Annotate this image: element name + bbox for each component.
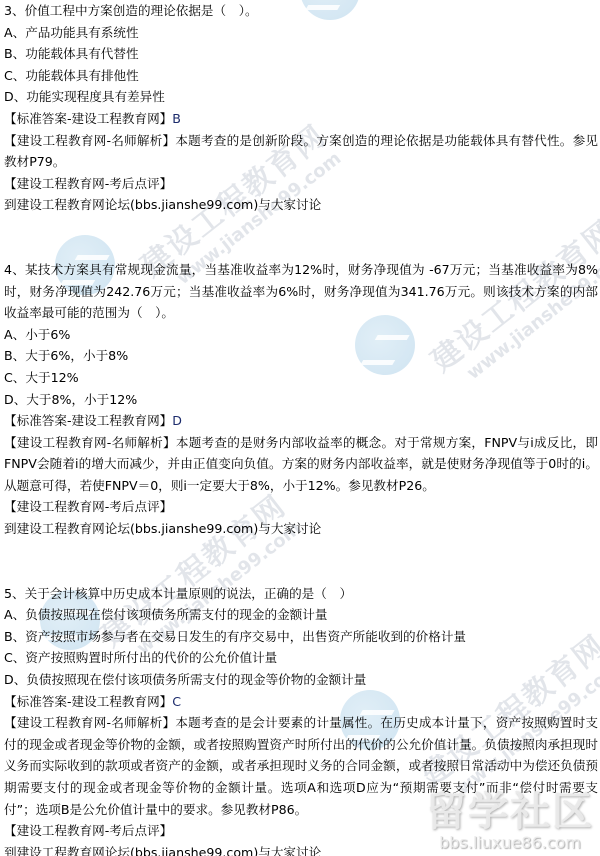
option-b: B、功能载体具有代替性 [4,43,598,65]
forum-link[interactable]: 到建设工程教育网论坛(bbs.jianshe99.com)与大家讨论 [4,518,598,540]
answer-label: 【标准答案-建设工程教育网】 [4,694,172,709]
option-b: B、大于6%，小于8% [4,345,598,367]
corner-watermark-title: 留学社区 [426,790,594,834]
question-4: 4、某技术方案具有常规现金流量，当基准收益率为12%时，财务净现值为 -67万元… [4,259,598,540]
answer-line: 【标准答案-建设工程教育网】D [4,410,598,432]
option-a: A、产品功能具有系统性 [4,22,598,44]
analysis: 【建设工程教育网-名师解析】本题考查的是财务内部收益率的概念。对于常规方案，FN… [4,432,598,497]
answer-value: D [172,413,182,428]
option-d: D、功能实现程度具有差异性 [4,86,598,108]
option-d: D、负债按照现在偿付该项债务所需支付的现金等价物的金额计量 [4,669,598,691]
question-3: 3、价值工程中方案创造的理论依据是（ ）。 A、产品功能具有系统性 B、功能载体… [4,0,598,216]
analysis-label: 【建设工程教育网-名师解析】 [4,133,175,148]
corner-watermark: 留学社区 bbs.liuxue86.com [426,790,594,852]
answer-value: B [172,111,181,126]
question-stem: 5、关于会计核算中历史成本计量原则的说法，正确的是（ ） [4,583,598,605]
review-label: 【建设工程教育网-考后点评】 [4,496,598,518]
option-a: A、小于6% [4,324,598,346]
answer-line: 【标准答案-建设工程教育网】B [4,108,598,130]
spacer [4,216,598,259]
analysis-label: 【建设工程教育网-名师解析】 [4,435,176,450]
question-stem: 3、价值工程中方案创造的理论依据是（ ）。 [4,0,598,22]
answer-line: 【标准答案-建设工程教育网】C [4,691,598,713]
option-a: A、负债按照现在偿付该项债务所需支付的现金的金额计量 [4,604,598,626]
exam-document: 3、价值工程中方案创造的理论依据是（ ）。 A、产品功能具有系统性 B、功能载体… [4,0,598,856]
answer-label: 【标准答案-建设工程教育网】 [4,413,172,428]
corner-watermark-url: bbs.liuxue86.com [426,834,594,852]
option-b: B、资产按照市场参与者在交易日发生的有序交易中，出售资产所能收到的价格计量 [4,626,598,648]
analysis: 【建设工程教育网-名师解析】本题考查的是创新阶段。方案创造的理论依据是功能载体具… [4,130,598,173]
review-label: 【建设工程教育网-考后点评】 [4,173,598,195]
answer-value: C [172,694,181,709]
spacer [4,540,598,583]
answer-label: 【标准答案-建设工程教育网】 [4,111,172,126]
option-c: C、大于12% [4,367,598,389]
option-c: C、功能载体具有排他性 [4,65,598,87]
question-stem: 4、某技术方案具有常规现金流量，当基准收益率为12%时，财务净现值为 -67万元… [4,259,598,324]
analysis-label: 【建设工程教育网-名师解析】 [4,715,175,730]
option-c: C、资产按照购置时所付出的代价的公允价值计量 [4,647,598,669]
forum-link[interactable]: 到建设工程教育网论坛(bbs.jianshe99.com)与大家讨论 [4,194,598,216]
option-d: D、大于8%，小于12% [4,389,598,411]
